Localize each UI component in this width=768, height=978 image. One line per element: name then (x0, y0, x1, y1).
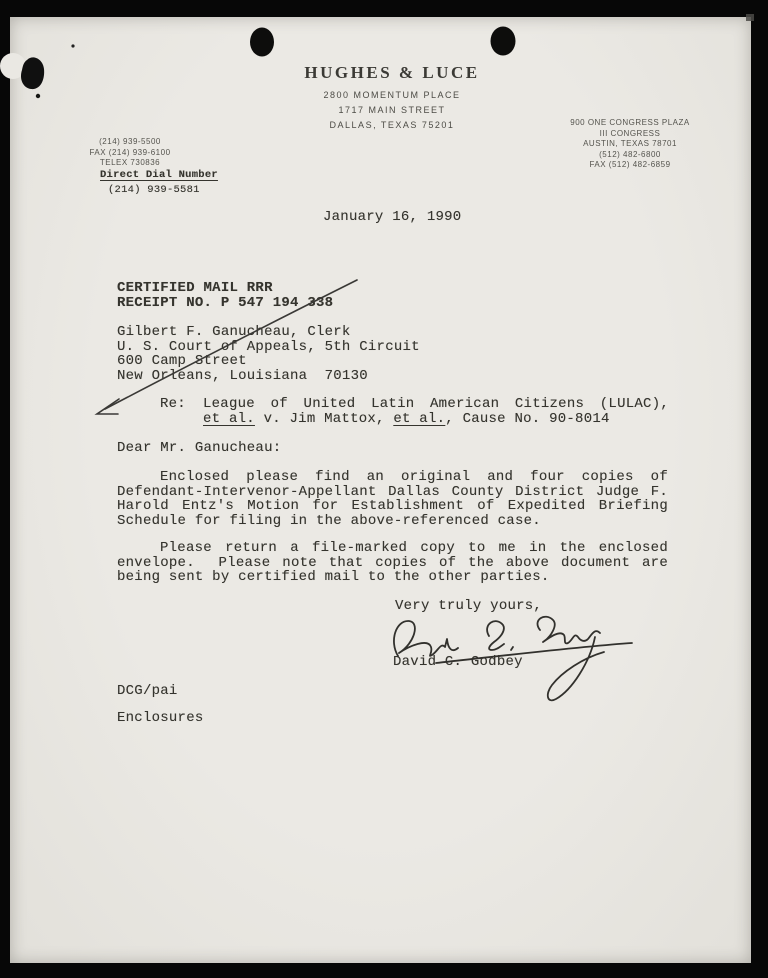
closing-valediction: Very truly yours, (395, 599, 542, 614)
letterhead-address-block: 2800 MOMENTUM PLACE 1717 MAIN STREET DAL… (252, 88, 532, 133)
typed-signature-name: David C. Godbey (393, 655, 523, 670)
typist-initials: DCG/pai (117, 684, 178, 699)
re-cause-number: , Cause No. 90-8014 (445, 411, 609, 427)
scanned-letter-page: HUGHES & LUCE 2800 MOMENTUM PLACE 1717 M… (0, 0, 768, 978)
re-et-al-2: et al. (393, 411, 445, 427)
dallas-phone-line: FAX (214) 939-6100 (55, 148, 205, 159)
body-paragraph-1: Enclosed please find an original and fou… (117, 470, 668, 529)
recipient-address-block: Gilbert F. Ganucheau, Clerk U. S. Court … (117, 325, 420, 384)
re-versus-text: v. Jim Mattox, (255, 411, 393, 427)
re-line-2: et al. v. Jim Mattox, et al., Cause No. … (203, 412, 669, 427)
austin-office-line: 900 ONE CONGRESS PLAZA (540, 118, 720, 129)
letterhead-address-line: DALLAS, TEXAS 75201 (252, 118, 532, 133)
recipient-address-line: 600 Camp Street (117, 354, 420, 369)
austin-office-line: (512) 482-6800 (540, 150, 720, 161)
letterhead-address-line: 1717 MAIN STREET (252, 103, 532, 118)
body-paragraph-2: Please return a file-marked copy to me i… (117, 541, 668, 585)
body-paragraph-1-line: Harold Entz's Motion for Establishment o… (117, 499, 668, 514)
re-block: League of United Latin American Citizens… (203, 397, 669, 426)
austin-office-line: AUSTIN, TEXAS 78701 (540, 139, 720, 150)
re-label: Re: (160, 397, 186, 412)
austin-office-line: FAX (512) 482-6859 (540, 160, 720, 171)
dallas-phone-line: (214) 939-5500 (55, 137, 205, 148)
recipient-address-line: New Orleans, Louisiana 70130 (117, 369, 420, 384)
body-paragraph-1-line: Schedule for filing in the above-referen… (117, 514, 668, 529)
direct-dial-label: Direct Dial Number (100, 169, 218, 181)
body-paragraph-2-line: Please return a file-marked copy to me i… (117, 541, 668, 556)
recipient-address-line: Gilbert F. Ganucheau, Clerk (117, 325, 420, 340)
re-et-al-1: et al. (203, 411, 255, 427)
salutation: Dear Mr. Ganucheau: (117, 441, 281, 456)
austin-office-block: 900 ONE CONGRESS PLAZA III CONGRESS AUST… (540, 118, 720, 171)
certified-mail-block: CERTIFIED MAIL RRR RECEIPT NO. P 547 194… (117, 281, 333, 311)
direct-dial-number: (214) 939-5581 (108, 184, 200, 196)
certified-mail-line: CERTIFIED MAIL RRR (117, 281, 333, 296)
enclosures-note: Enclosures (117, 711, 204, 726)
letterhead-address-line: 2800 MOMENTUM PLACE (252, 88, 532, 103)
austin-office-line: III CONGRESS (540, 129, 720, 140)
receipt-number-line: RECEIPT NO. P 547 194 338 (117, 296, 333, 311)
letterhead-firm-name: HUGHES & LUCE (252, 63, 532, 83)
date-line: January 16, 1990 (323, 210, 461, 225)
dallas-phone-block: (214) 939-5500 FAX (214) 939-6100 TELEX … (55, 137, 205, 169)
body-paragraph-1-line: Enclosed please find an original and fou… (117, 470, 668, 485)
dallas-phone-line: TELEX 730836 (55, 158, 205, 169)
recipient-address-line: U. S. Court of Appeals, 5th Circuit (117, 340, 420, 355)
body-paragraph-2-line: being sent by certified mail to the othe… (117, 570, 668, 585)
re-line-1: League of United Latin American Citizens… (203, 397, 669, 412)
